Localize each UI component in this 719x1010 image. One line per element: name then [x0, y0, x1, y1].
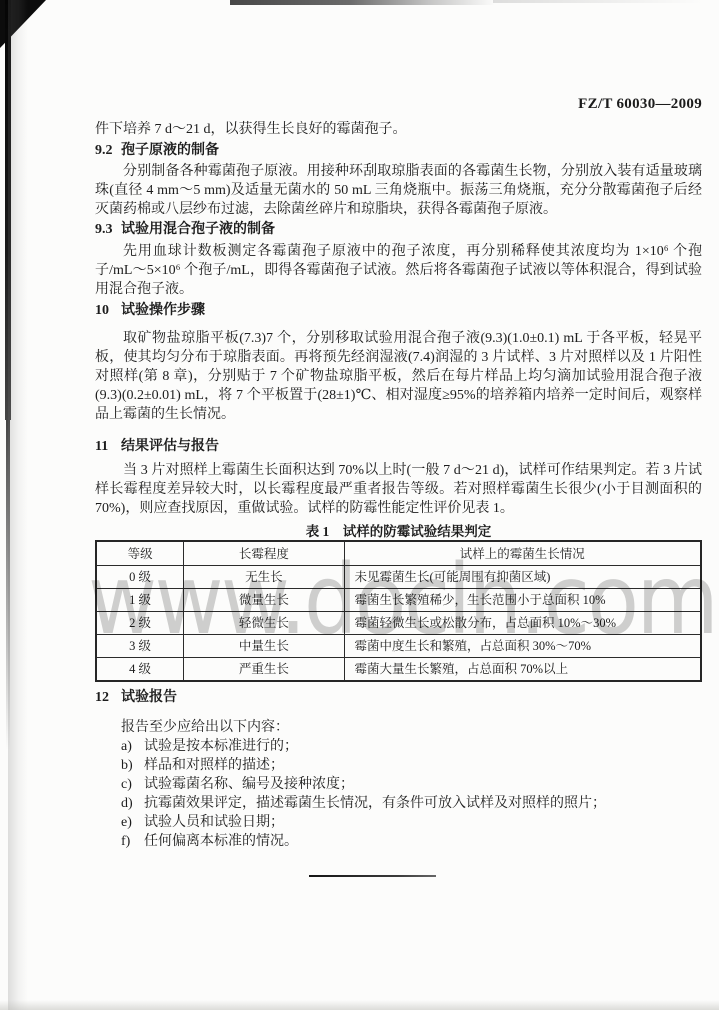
section-title: 试验操作步骤: [121, 303, 205, 319]
report-list: a)试验是按本标准进行的；b)样品和对照样的描述；c)试验霉菌名称、编号及接种浓…: [121, 737, 702, 851]
mold-rating-table: 等级 长霉程度 试样上的霉菌生长情况 0 级无生长未见霉菌生长(可能周围有抑菌区…: [95, 540, 702, 682]
list-item-letter: b): [121, 756, 144, 775]
list-item-text: 任何偏离本标准的情况。: [144, 832, 298, 851]
paragraph-10: 取矿物盐琼脂平板(7.3)7 个，分别移取试验用混合孢子液(9.3)(1.0±0…: [95, 329, 702, 424]
section-title: 孢子原液的制备: [121, 143, 219, 159]
table-header-grade: 等级: [96, 541, 184, 566]
scan-artifact-top-band: [230, 0, 495, 5]
list-item-text: 试验人员和试验日期；: [144, 813, 284, 832]
table-cell: 2 级: [96, 612, 184, 635]
section-title: 试验报告: [121, 690, 177, 706]
carryover-paragraph: 件下培养 7 d～21 d，以获得生长良好的霉菌孢子。: [95, 120, 702, 139]
list-item-text: 试验霉菌名称、编号及接种浓度；: [144, 775, 354, 794]
list-item-text: 试验是按本标准进行的；: [144, 737, 298, 756]
table-cell: 微量生长: [184, 589, 344, 612]
section-heading-9-3: 9.3 试验用混合孢子液的制备: [95, 222, 702, 238]
scanned-standard-page: FZ/T 60030—2009 件下培养 7 d～21 d，以获得生长良好的霉菌…: [0, 0, 719, 1010]
list-item-letter: f): [121, 832, 144, 851]
table-cell: 严重生长: [184, 658, 344, 682]
table-cell: 霉菌大量生长繁殖，占总面积 70%以上: [344, 658, 701, 682]
section-title: 结果评估与报告: [121, 439, 219, 455]
report-list-item: d)抗霉菌效果评定，描述霉菌生长情况，有条件可放入试样及对照样的照片；: [121, 794, 702, 813]
section-number: 12: [95, 690, 121, 706]
table-header-description: 试样上的霉菌生长情况: [344, 541, 701, 566]
scan-artifact-bottom-band: [0, 1000, 719, 1010]
table-header-degree: 长霉程度: [184, 541, 344, 566]
list-item-letter: a): [121, 737, 144, 756]
report-list-item: a)试验是按本标准进行的；: [121, 737, 702, 756]
scan-artifact-gutter-shadow: [8, 0, 28, 1010]
table-cell: 中量生长: [184, 635, 344, 658]
table-caption: 表 1 试样的防霉试验结果判定: [95, 524, 702, 539]
report-intro: 报告至少应给出以下内容：: [121, 718, 702, 737]
paragraph-11: 当 3 片对照样上霉菌生长面积达到 70%以上时(一般 7 d～21 d)，试样…: [95, 461, 702, 518]
table-cell: 3 级: [96, 635, 184, 658]
section-title: 试验用混合孢子液的制备: [121, 222, 275, 238]
section-heading-9-2: 9.2 孢子原液的制备: [95, 143, 702, 159]
list-item-letter: e): [121, 813, 144, 832]
table-row: 1 级微量生长霉菌生长繁殖稀少，生长范围小于总面积 10%: [96, 589, 701, 612]
report-list-item: f)任何偏离本标准的情况。: [121, 832, 702, 851]
section-heading-11: 11 结果评估与报告: [95, 439, 702, 455]
table-row: 0 级无生长未见霉菌生长(可能周围有抑菌区域): [96, 566, 701, 589]
scan-artifact-top-band-tail: [493, 0, 703, 3]
table-header-row: 等级 长霉程度 试样上的霉菌生长情况: [96, 541, 701, 566]
table-row: 3 级中量生长霉菌中度生长和繁殖，占总面积 30%～70%: [96, 635, 701, 658]
standard-number: FZ/T 60030—2009: [578, 96, 702, 113]
section-number: 9.3: [95, 222, 121, 238]
end-of-document-rule: [309, 875, 436, 877]
paragraph-9-3: 先用血球计数板测定各霉菌孢子原液中的孢子浓度，再分别稀释使其浓度均为 1×10⁶…: [95, 242, 702, 299]
section-number: 9.2: [95, 143, 121, 159]
list-item-text: 样品和对照样的描述；: [144, 756, 284, 775]
list-item-letter: d): [121, 794, 144, 813]
table-cell: 1 级: [96, 589, 184, 612]
section-heading-12: 12 试验报告: [95, 690, 702, 706]
table-row: 2 级轻微生长霉菌轻微生长或松散分布，占总面积 10%～30%: [96, 612, 701, 635]
table-cell: 无生长: [184, 566, 344, 589]
table-cell: 霉菌轻微生长或松散分布，占总面积 10%～30%: [344, 612, 701, 635]
report-list-item: b)样品和对照样的描述；: [121, 756, 702, 775]
report-list-item: e)试验人员和试验日期；: [121, 813, 702, 832]
list-item-text: 抗霉菌效果评定，描述霉菌生长情况，有条件可放入试样及对照样的照片；: [144, 794, 606, 813]
table-cell: 轻微生长: [184, 612, 344, 635]
table-cell: 未见霉菌生长(可能周围有抑菌区域): [344, 566, 701, 589]
section-heading-10: 10 试验操作步骤: [95, 303, 702, 319]
table-cell: 4 级: [96, 658, 184, 682]
paragraph-9-2: 分别制备各种霉菌孢子原液。用接种环刮取琼脂表面的各霉菌生长物，分别放入装有适量玻…: [95, 162, 702, 219]
section-number: 11: [95, 439, 121, 455]
report-list-item: c)试验霉菌名称、编号及接种浓度；: [121, 775, 702, 794]
table-cell: 0 级: [96, 566, 184, 589]
section-number: 10: [95, 303, 121, 319]
table-cell: 霉菌中度生长和繁殖，占总面积 30%～70%: [344, 635, 701, 658]
mold-table-body: 0 级无生长未见霉菌生长(可能周围有抑菌区域)1 级微量生长霉菌生长繁殖稀少，生…: [96, 566, 701, 682]
list-item-letter: c): [121, 775, 144, 794]
table-row: 4 级严重生长霉菌大量生长繁殖，占总面积 70%以上: [96, 658, 701, 682]
table-cell: 霉菌生长繁殖稀少，生长范围小于总面积 10%: [344, 589, 701, 612]
